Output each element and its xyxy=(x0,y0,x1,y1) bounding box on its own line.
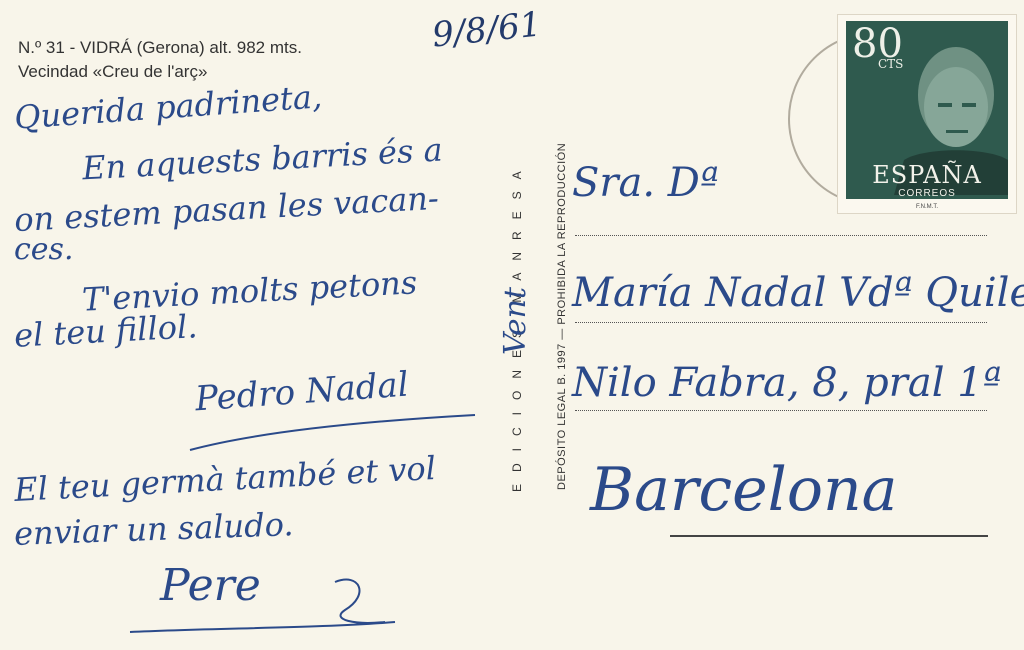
header-line-2: Vecindad «Creu de l'arç» xyxy=(18,60,302,84)
message-line: on estem pasan les vacan- xyxy=(13,179,439,239)
address-rule xyxy=(575,410,987,411)
postscript-line: enviar un saludo. xyxy=(13,505,294,553)
address-line: Barcelona xyxy=(590,455,897,525)
stamp-printer: F.N.M.T. xyxy=(838,204,1016,210)
address-line: Sra. Dª xyxy=(572,160,719,206)
stamp-face: 80 CTS ESPAÑA CORREOS xyxy=(846,21,1008,199)
stamp-currency: CTS xyxy=(878,57,903,71)
postcard: N.º 31 - VIDRÁ (Gerona) alt. 982 mts. Ve… xyxy=(0,0,1024,650)
message-line: ces. xyxy=(14,232,74,267)
address-line: María Nadal Vdª Quilera xyxy=(572,270,1024,316)
header-line-1: N.º 31 - VIDRÁ (Gerona) alt. 982 mts. xyxy=(18,36,302,60)
postscript-flourish-icon xyxy=(125,570,405,640)
message-line: Querida padrineta, xyxy=(13,77,323,136)
message-line: el teu fillol. xyxy=(13,307,198,355)
printed-header: N.º 31 - VIDRÁ (Gerona) alt. 982 mts. Ve… xyxy=(18,36,302,84)
stamp-service: CORREOS xyxy=(846,188,1008,199)
publisher-brand: Vent xyxy=(498,287,533,355)
stamp-country: ESPAÑA xyxy=(846,161,1008,189)
postage-stamp: 80 CTS ESPAÑA CORREOS F.N.M.T. xyxy=(838,15,1016,213)
address-rule xyxy=(670,535,988,537)
message-line: En aquests barris és a xyxy=(81,131,443,188)
address-line: Nilo Fabra, 8, pral 1ª xyxy=(572,360,1002,406)
handwritten-date: 9/8/61 xyxy=(430,4,543,55)
signature-flourish-icon xyxy=(185,410,485,460)
legal-notice: DEPÓSITO LEGAL B. 1997 — PROHIBIDA LA RE… xyxy=(556,143,568,490)
address-rule xyxy=(575,322,987,323)
address-rule xyxy=(575,235,987,236)
